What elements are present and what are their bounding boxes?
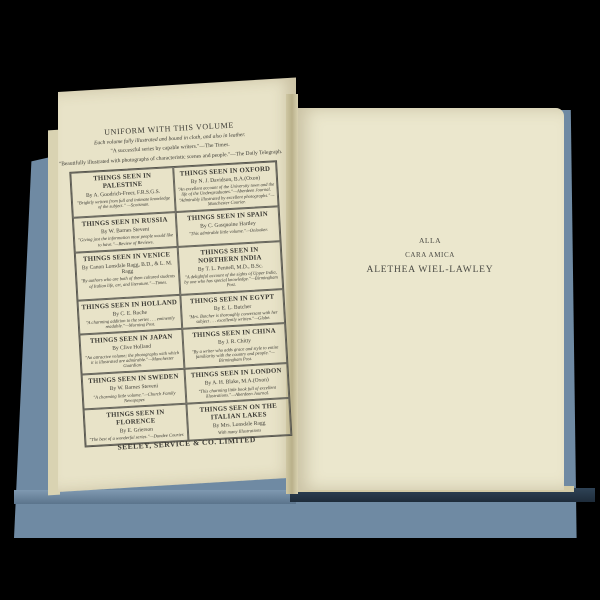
book-entry: THINGS SEEN IN RUSSIABy W. Barnes Steven… — [73, 212, 178, 252]
book-list-grid: THINGS SEEN IN PALESTINEBy A. Goodrich-F… — [69, 160, 292, 447]
book-entry: THINGS SEEN IN SPAINBy C. Gasquoine Hart… — [176, 207, 281, 247]
book-entry: THINGS SEEN IN JAPANBy Clive Holland"An … — [79, 329, 184, 375]
book-entry: THINGS SEEN IN VENICEBy Canon Lonsdale R… — [75, 247, 181, 300]
book-entry: THINGS SEEN IN EGYPTBy E. L. Butcher"Mrs… — [180, 289, 285, 329]
dedication: ALLA CARA AMICA ALETHEA WIEL-LAWLEY — [296, 236, 564, 275]
dedication-line-2: CARA AMICA — [296, 251, 564, 259]
right-page — [296, 108, 564, 490]
book-entry: THINGS SEEN IN CHINABy J. R. Chitty"By a… — [182, 323, 287, 369]
advertisement-page: UNIFORM WITH THIS VOLUME Each volume ful… — [52, 98, 304, 480]
book-review: "An excellent account of the University … — [177, 182, 275, 209]
dedication-line-3: ALETHEA WIEL-LAWLEY — [296, 265, 564, 275]
book-entry: THINGS SEEN IN LONDONBy A. H. Blake, M.A… — [184, 363, 289, 403]
dedication-line-1: ALLA — [296, 236, 564, 245]
book-entry: THINGS SEEN IN SWEDENBy W. Barnes Steven… — [82, 369, 187, 409]
book-entry: THINGS SEEN IN PALESTINEBy A. Goodrich-F… — [70, 167, 175, 218]
book-entry: THINGS SEEN IN OXFORDBy N. J. Davidson, … — [173, 161, 278, 212]
book-entry: THINGS SEEN IN NORTHERN INDIABy T. L. Pe… — [178, 241, 284, 294]
book-entry: THINGS SEEN IN HOLLANDBy C. E. Roche"A c… — [77, 295, 182, 335]
